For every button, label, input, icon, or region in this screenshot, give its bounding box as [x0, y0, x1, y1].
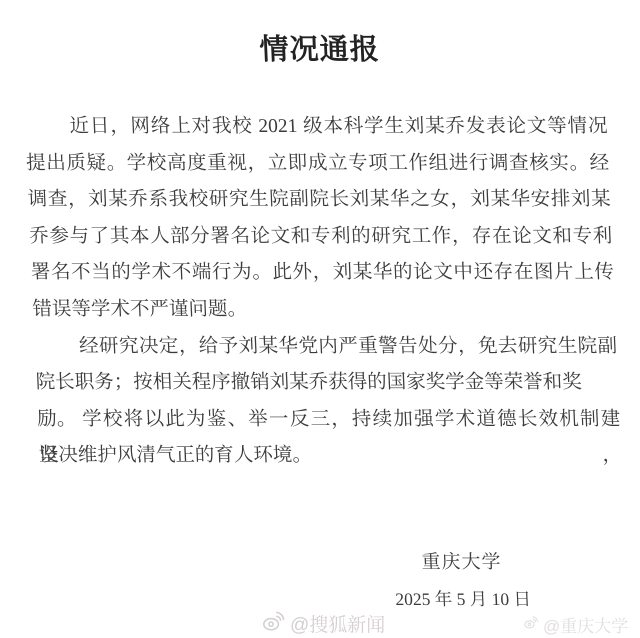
weibo-icon [261, 608, 286, 638]
notice-line: 经研究决定，给予刘某华党内严重警告处分，免去研究生院副 [33, 329, 618, 366]
signature-date: 2025 年 5 月 10 日 [389, 581, 537, 617]
notice-line: 学校将以此为鉴、举一反三，持续加强学术道德长效机制建设， [37, 402, 622, 439]
notice-line: 近日，网络上对我校 2021 级本科学生刘某乔发表论文等情况 [24, 109, 609, 146]
notice-line: 署名不当的学术不端行为。此外，刘某华的论文中还存在图片上传 [30, 255, 615, 292]
signature-block: 重庆大学 2025 年 5 月 10 日 [388, 545, 537, 617]
notice-line: 错误等学术不严谨问题。 [32, 292, 617, 329]
signature-org: 重庆大学 [388, 545, 536, 581]
notice-line: 院长职务；按相关程序撤销刘某乔获得的国家奖学金等荣誉和奖励。 [35, 365, 620, 402]
notice-document: 情况通报 近日，网络上对我校 2021 级本科学生刘某乔发表论文等情况提出质疑。… [19, 0, 630, 638]
watermark-text: @搜狐新闻 [290, 610, 385, 637]
watermark-chongqing-university: @重庆大学 [523, 612, 628, 637]
notice-line: 乔参与了其本人部分署名论文和专利的研究工作，存在论文和专利 [29, 219, 614, 256]
watermark-sohu-news: @搜狐新闻 [261, 608, 385, 638]
weibo-icon [523, 614, 539, 635]
notice-line: 调查，刘某乔系我校研究生院副院长刘某华之女，刘某华安排刘某 [27, 182, 612, 219]
notice-body: 近日，网络上对我校 2021 级本科学生刘某乔发表论文等情况提出质疑。学校高度重… [24, 109, 623, 475]
notice-line: 提出质疑。学校高度重视，立即成立专项工作组进行调查核实。经 [25, 146, 610, 183]
notice-title: 情况通报 [27, 30, 612, 70]
watermark-text: @重庆大学 [543, 612, 628, 637]
